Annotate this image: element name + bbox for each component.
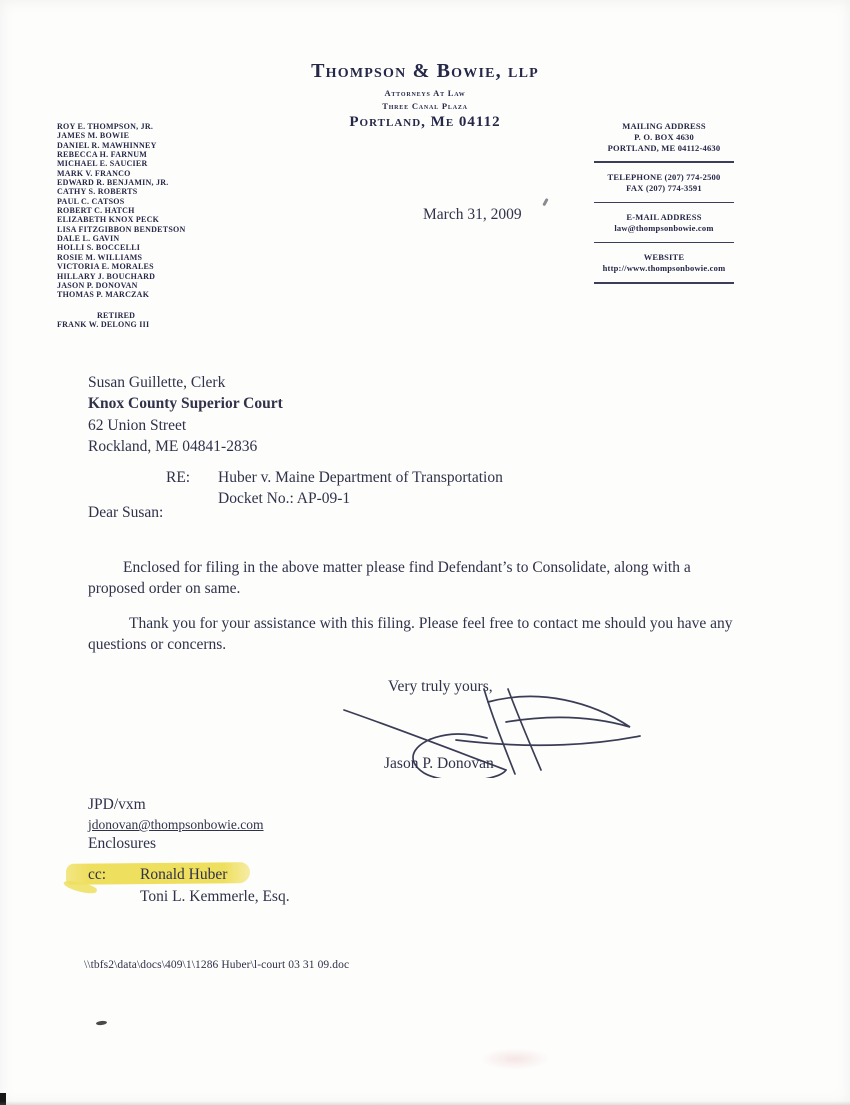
body-paragraph-2: Thank you for your assistance with this … [88, 613, 738, 657]
scan-artifact-tick [542, 198, 548, 206]
firm-address-line: Three Canal Plaza [0, 101, 850, 111]
attorney-name: VICTORIA E. MORALES [57, 262, 186, 271]
signer-email: jdonovan@thompsonbowie.com [88, 816, 264, 834]
recipient-address-line: 62 Union Street [88, 415, 283, 436]
scan-edge-shadow [0, 1101, 850, 1105]
firm-website: http://www.thompsonbowie.com [590, 263, 738, 274]
divider [594, 161, 734, 163]
recipient-address-line: Knox County Superior Court [88, 393, 283, 414]
attorney-name: MICHAEL E. SAUCIER [57, 159, 186, 168]
re-block: RE: Huber v. Maine Department of Transpo… [166, 467, 503, 510]
attorney-name: ROY E. THOMPSON, JR. [57, 122, 186, 131]
attorney-name: LISA FITZGIBBON BENDETSON [57, 225, 186, 234]
attorney-name: REBECCA H. FARNUM [57, 150, 186, 159]
attorney-name: ROSIE M. WILLIAMS [57, 253, 186, 262]
phone-line: FAX (207) 774-3591 [590, 183, 738, 194]
phone-line: TELEPHONE (207) 774-2500 [590, 172, 738, 183]
salutation: Dear Susan: [88, 504, 163, 522]
cc-row: cc:Ronald Huber [88, 866, 227, 884]
attorney-name: PAUL C. CATSOS [57, 197, 186, 206]
body-paragraph-1: Enclosed for filing in the above matter … [88, 557, 738, 601]
recipient-address-line: Rockland, ME 04841-2836 [88, 436, 283, 457]
attorney-name: HILLARY J. BOUCHARD [57, 272, 186, 281]
attorney-roster: ROY E. THOMPSON, JR.JAMES M. BOWIEDANIEL… [57, 122, 186, 330]
attorney-name: CATHY S. ROBERTS [57, 187, 186, 196]
attorney-name: JAMES M. BOWIE [57, 131, 186, 140]
website-lines: http://www.thompsonbowie.com [590, 263, 738, 274]
letter-date: March 31, 2009 [423, 206, 522, 224]
email-title: E-MAIL ADDRESS [590, 212, 738, 223]
divider [594, 202, 734, 204]
attorney-name: HOLLI S. BOCCELLI [57, 243, 186, 252]
attorney-name-list: ROY E. THOMPSON, JR.JAMES M. BOWIEDANIEL… [57, 122, 186, 300]
cc-name-2: Toni L. Kemmerle, Esq. [140, 888, 290, 906]
attorney-name: MARK V. FRANCO [57, 169, 186, 178]
attorney-name: THOMAS P. MARCZAK [57, 290, 186, 299]
case-caption: Huber v. Maine Department of Transportat… [218, 467, 503, 488]
attorney-name: ROBERT C. HATCH [57, 206, 186, 215]
attorney-name: EDWARD R. BENJAMIN, JR. [57, 178, 186, 187]
email-group: E-MAIL ADDRESS law@thompsonbowie.com [590, 212, 738, 234]
divider [594, 242, 734, 244]
mailing-address-line: P. O. BOX 4630 [590, 132, 738, 143]
mailing-address-lines: P. O. BOX 4630PORTLAND, ME 04112-4630 [590, 132, 738, 154]
cc-name-1: Ronald Huber [140, 866, 227, 883]
website-title: WEBSITE [590, 252, 738, 263]
mailing-address-title: MAILING ADDRESS [590, 121, 738, 132]
recipient-address-line: Susan Guillette, Clerk [88, 372, 283, 393]
enclosures-note: Enclosures [88, 835, 264, 853]
retired-attorney-name: FRANK W. DELONG III [57, 320, 186, 330]
firm-tagline: Attorneys At Law [0, 88, 850, 98]
docket-number: Docket No.: AP-09-1 [218, 488, 503, 509]
scan-artifact-smudge [480, 1048, 550, 1070]
recipient-address: Susan Guillette, ClerkKnox County Superi… [88, 372, 283, 457]
reference-block: JPD/vxm jdonovan@thompsonbowie.com Enclo… [88, 796, 264, 853]
firm-name: Thompson & Bowie, llp [0, 60, 850, 83]
mailing-address-group: MAILING ADDRESS P. O. BOX 4630PORTLAND, … [590, 121, 738, 153]
signer-typed-name: Jason P. Donovan [384, 755, 494, 773]
attorney-name: JASON P. DONOVAN [57, 281, 186, 290]
retired-heading: RETIRED [57, 311, 186, 320]
attorney-name: DANIEL R. MAWHINNEY [57, 141, 186, 150]
attorney-name: ELIZABETH KNOX PECK [57, 215, 186, 224]
cc-label: cc: [88, 866, 140, 884]
firm-email: law@thompsonbowie.com [590, 223, 738, 234]
attorney-name: DALE L. GAVIN [57, 234, 186, 243]
re-label: RE: [166, 467, 190, 488]
scan-artifact-dash [96, 1020, 107, 1025]
phone-lines: TELEPHONE (207) 774-2500FAX (207) 774-35… [590, 172, 738, 194]
scan-artifact-corner [0, 1093, 6, 1105]
mailing-address-line: PORTLAND, ME 04112-4630 [590, 143, 738, 154]
typist-initials: JPD/vxm [88, 796, 264, 814]
divider [594, 282, 734, 284]
contact-block: MAILING ADDRESS P. O. BOX 4630PORTLAND, … [590, 121, 738, 293]
document-file-path: \\tbfs2\data\docs\409\1\1286 Huber\l-cou… [84, 959, 349, 971]
phone-group: TELEPHONE (207) 774-2500FAX (207) 774-35… [590, 172, 738, 194]
scanned-letter-page: Thompson & Bowie, llp Attorneys At Law T… [0, 0, 850, 1105]
website-group: WEBSITE http://www.thompsonbowie.com [590, 252, 738, 274]
email-lines: law@thompsonbowie.com [590, 223, 738, 234]
re-lines: Huber v. Maine Department of Transportat… [218, 467, 503, 510]
